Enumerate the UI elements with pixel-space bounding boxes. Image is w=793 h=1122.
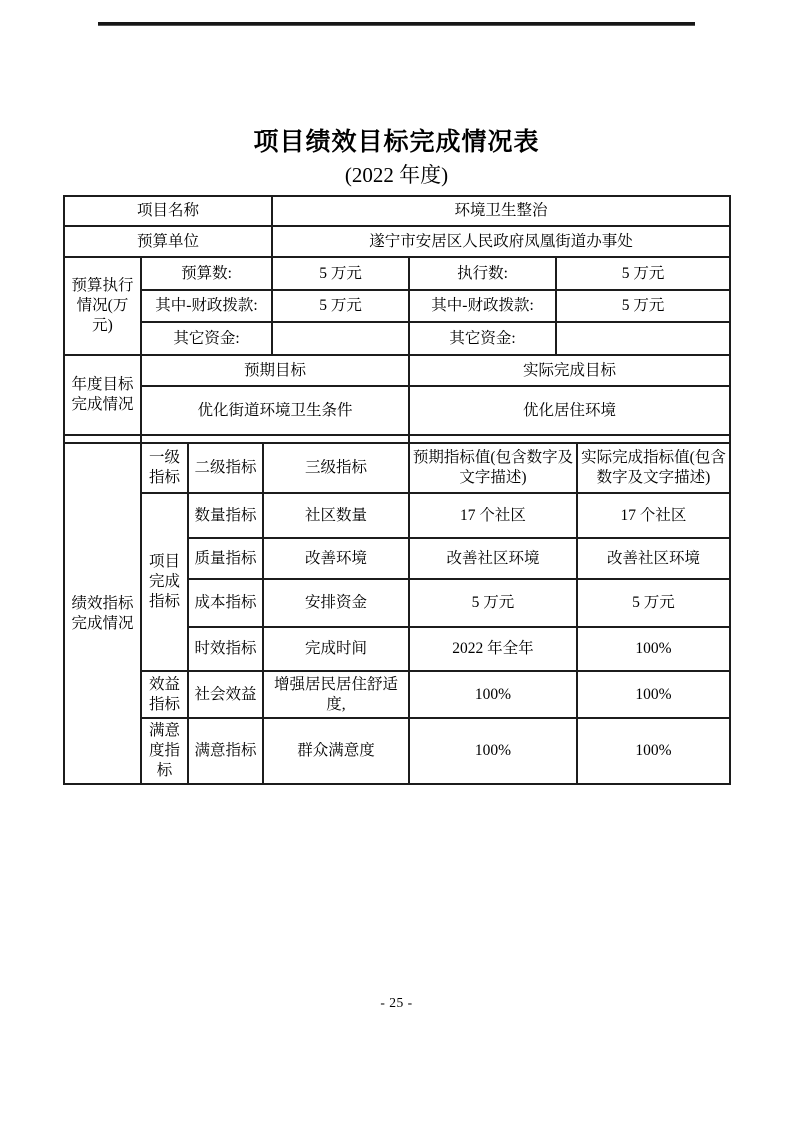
timeliness-indicator-label-cell: 时效指标: [188, 627, 263, 671]
timeliness-actual-cell: 100%: [577, 627, 730, 671]
social-benefit-label-cell: 社会效益: [188, 671, 263, 718]
level3-header-cell: 三级指标: [263, 443, 409, 493]
project-completion-group-label: 项目完成指标: [141, 493, 188, 671]
actual-goal-value-cell: 优化居住环境: [409, 386, 730, 435]
budget-unit-label-cell: 预算单位: [64, 226, 272, 257]
satisfaction-group-label: 满意度指标: [141, 718, 188, 784]
timeliness-indicator-name-cell: 完成时间: [263, 627, 409, 671]
budget-amount-label-cell: 预算数:: [141, 257, 272, 290]
benefit-group-label: 效益指标: [141, 671, 188, 718]
timeliness-expected-cell: 2022 年全年: [409, 627, 577, 671]
quality-indicator-name-cell: 改善环境: [263, 538, 409, 579]
header-rule: [98, 22, 695, 26]
executed-amount-value-cell: 5 万元: [556, 257, 730, 290]
actual-value-header-cell: 实际完成指标值(包含数字及文字描述): [577, 443, 730, 493]
expected-goal-value-cell: 优化街道环境卫生条件: [141, 386, 409, 435]
fiscal-allocation-actual-label-cell: 其中-财政拨款:: [409, 290, 556, 322]
budget-amount-value-cell: 5 万元: [272, 257, 409, 290]
satisfaction-indicator-label-cell: 满意指标: [188, 718, 263, 784]
social-benefit-actual-cell: 100%: [577, 671, 730, 718]
social-benefit-name-cell: 增强居民居住舒适度,: [263, 671, 409, 718]
quantity-indicator-name-cell: 社区数量: [263, 493, 409, 538]
social-benefit-expected-cell: 100%: [409, 671, 577, 718]
cost-indicator-label-cell: 成本指标: [188, 579, 263, 627]
page-subtitle: (2022 年度): [0, 159, 793, 189]
quality-indicator-label-cell: 质量指标: [188, 538, 263, 579]
document-page: 项目绩效目标完成情况表 (2022 年度) 项目名称 环境卫生整治 预算单位 遂…: [0, 0, 793, 1122]
cost-expected-cell: 5 万元: [409, 579, 577, 627]
quantity-actual-cell: 17 个社区: [577, 493, 730, 538]
project-name-label-cell: 项目名称: [64, 196, 272, 226]
other-funds-label-cell: 其它资金:: [141, 322, 272, 355]
budget-execution-section-label: 预算执行情况(万元): [64, 257, 141, 355]
indicator-section-label: 绩效指标完成情况: [64, 443, 141, 784]
satisfaction-expected-cell: 100%: [409, 718, 577, 784]
page-number: - 25 -: [0, 995, 793, 1011]
project-name-value-cell: 环境卫生整治: [272, 196, 730, 226]
quality-actual-cell: 改善社区环境: [577, 538, 730, 579]
performance-indicator-table: 绩效指标完成情况 一级指标 二级指标 三级指标 预期指标值(包含数字及文字描述)…: [63, 442, 731, 785]
info-budget-table: 项目名称 环境卫生整治 预算单位 遂宁市安居区人民政府凤凰街道办事处 预算执行情…: [63, 195, 731, 436]
executed-amount-label-cell: 执行数:: [409, 257, 556, 290]
page-title: 项目绩效目标完成情况表: [0, 122, 793, 158]
fiscal-allocation-label-cell: 其中-财政拨款:: [141, 290, 272, 322]
other-funds-actual-value-cell: [556, 322, 730, 355]
fiscal-allocation-value-cell: 5 万元: [272, 290, 409, 322]
expected-value-header-cell: 预期指标值(包含数字及文字描述): [409, 443, 577, 493]
other-funds-actual-label-cell: 其它资金:: [409, 322, 556, 355]
quantity-expected-cell: 17 个社区: [409, 493, 577, 538]
cost-actual-cell: 5 万元: [577, 579, 730, 627]
quality-expected-cell: 改善社区环境: [409, 538, 577, 579]
quantity-indicator-label-cell: 数量指标: [188, 493, 263, 538]
satisfaction-actual-cell: 100%: [577, 718, 730, 784]
fiscal-allocation-actual-value-cell: 5 万元: [556, 290, 730, 322]
cost-indicator-name-cell: 安排资金: [263, 579, 409, 627]
actual-goal-header-cell: 实际完成目标: [409, 355, 730, 386]
level2-header-cell: 二级指标: [188, 443, 263, 493]
level1-header-cell: 一级指标: [141, 443, 188, 493]
other-funds-value-cell: [272, 322, 409, 355]
annual-goal-section-label: 年度目标完成情况: [64, 355, 141, 435]
expected-goal-header-cell: 预期目标: [141, 355, 409, 386]
budget-unit-value-cell: 遂宁市安居区人民政府凤凰街道办事处: [272, 226, 730, 257]
satisfaction-indicator-name-cell: 群众满意度: [263, 718, 409, 784]
